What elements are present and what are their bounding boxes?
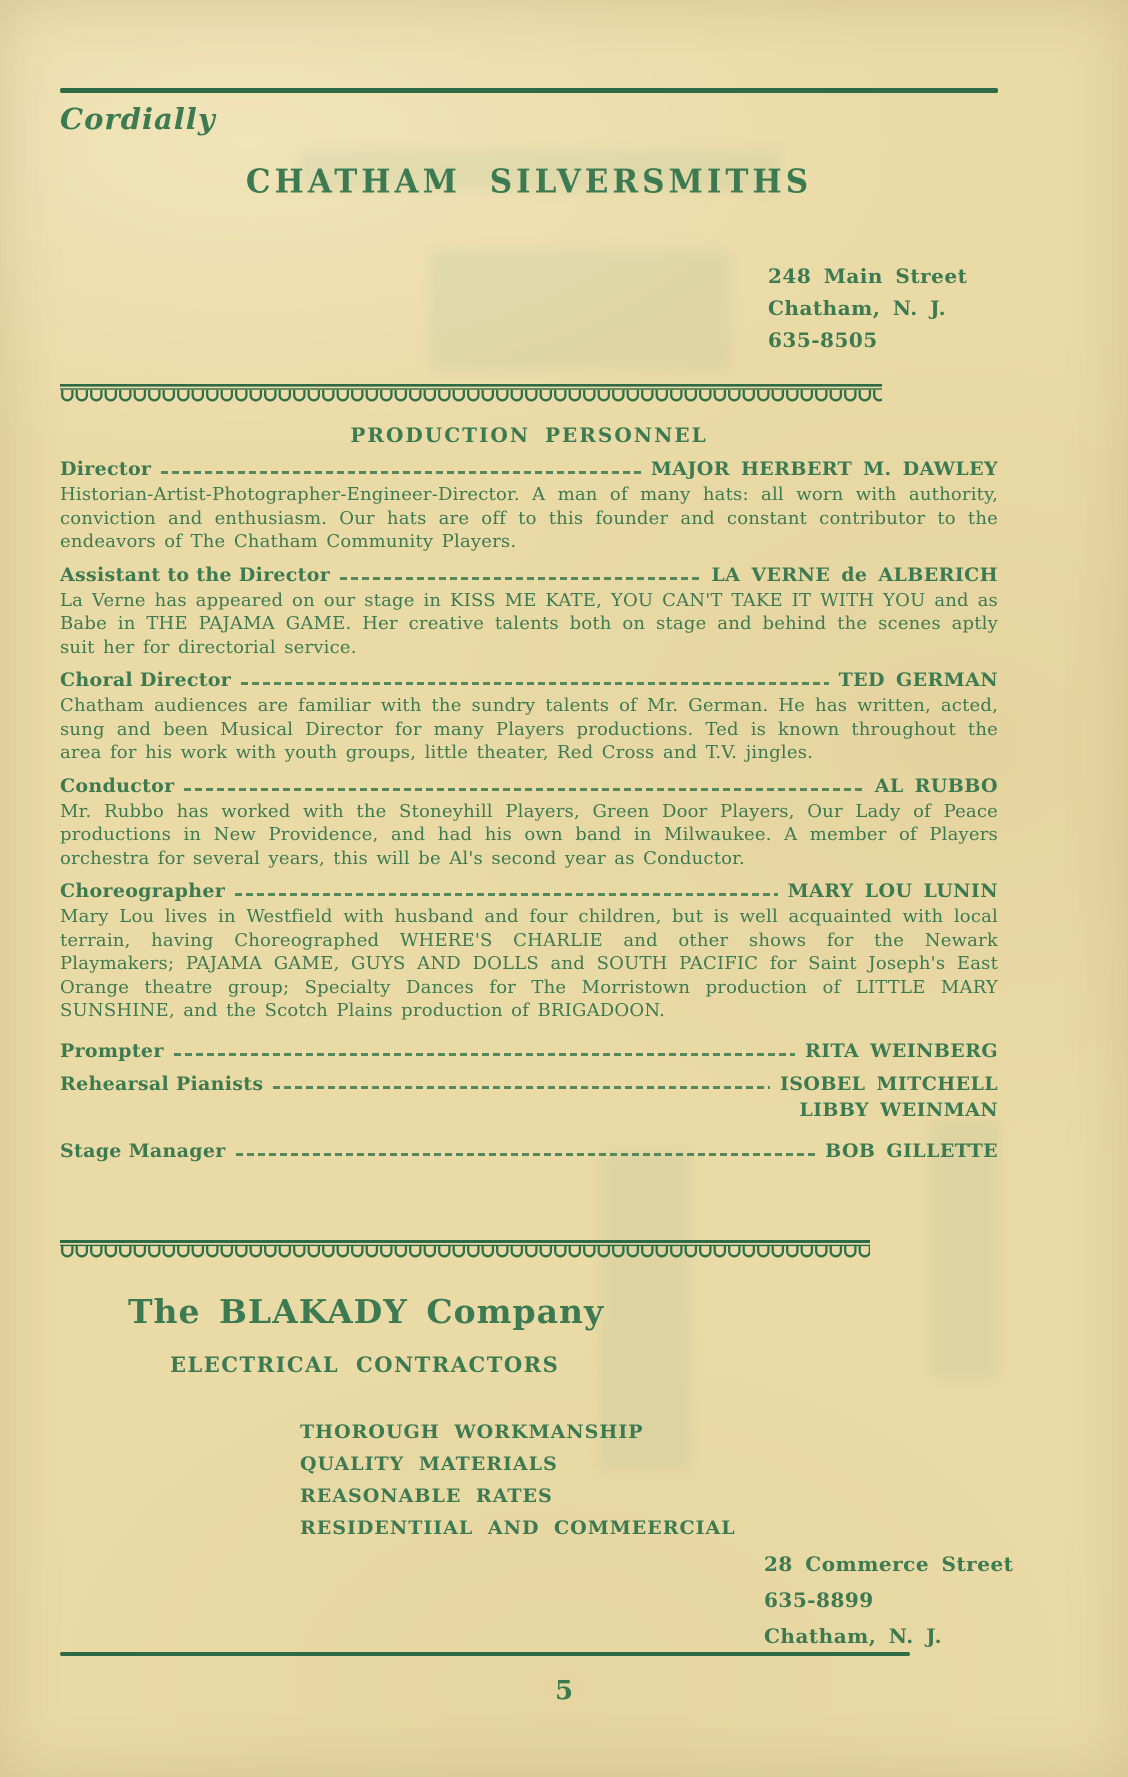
personnel-name: BOB GILLETTE — [825, 1138, 998, 1164]
personnel-entry: Choral Director TED GERMAN Chatham audie… — [60, 667, 998, 765]
advertiser2-address: 28 Commerce Street 635-8899 Chatham, N. … — [764, 1546, 1013, 1654]
section-heading: PRODUCTION PERSONNEL — [60, 423, 998, 447]
advertiser1-address: 248 Main Street Chatham, N. J. 635-8505 — [768, 260, 967, 356]
personnel-role: Choral Director — [60, 667, 231, 693]
personnel-role-row: Rehearsal Pianists ISOBEL MITCHELL LIBBY… — [60, 1071, 998, 1123]
address-line: 635-8899 — [764, 1582, 1013, 1618]
address-line: Chatham, N. J. — [768, 292, 967, 324]
personnel-bio: Chatham audiences are familiar with the … — [60, 694, 998, 765]
dotted-leader — [273, 1086, 770, 1089]
personnel-role: Prompter — [60, 1038, 164, 1064]
personnel-role-row: Director MAJOR HERBERT M. DAWLEY — [60, 456, 998, 482]
dotted-leader — [241, 682, 829, 685]
advertiser2-services: THOROUGH WORKMANSHIP QUALITY MATERIALS R… — [300, 1416, 736, 1544]
dotted-leader — [184, 788, 864, 791]
dotted-leader — [340, 577, 701, 580]
page-number: 5 — [0, 1676, 1128, 1706]
personnel-bio: Mary Lou lives in Westfield with husband… — [60, 905, 998, 1023]
top-rule — [60, 88, 998, 93]
personnel-bio: Mr. Rubbo has worked with the Stoneyhill… — [60, 800, 998, 871]
personnel-role-row: Choreographer MARY LOU LUNIN — [60, 878, 998, 904]
cordially-note: Cordially — [60, 102, 216, 136]
personnel-name: ISOBEL MITCHELL LIBBY WEINMAN — [780, 1071, 998, 1123]
personnel-list: Director MAJOR HERBERT M. DAWLEY Histori… — [60, 456, 998, 1171]
address-line: 28 Commerce Street — [764, 1546, 1013, 1582]
address-line: 248 Main Street — [768, 260, 967, 292]
scallop-border — [60, 1240, 870, 1262]
personnel-name: TED GERMAN — [839, 667, 998, 693]
bottom-rule — [60, 1652, 910, 1656]
personnel-name-line: ISOBEL MITCHELL — [780, 1071, 998, 1097]
personnel-role-row: Prompter RITA WEINBERG — [60, 1038, 998, 1064]
personnel-role: Stage Manager — [60, 1138, 226, 1164]
dotted-leader — [174, 1053, 795, 1056]
personnel-role-row: Choral Director TED GERMAN — [60, 667, 998, 693]
personnel-role-row: Assistant to the Director LA VERNE de AL… — [60, 562, 998, 588]
personnel-role-row: Conductor AL RUBBO — [60, 773, 998, 799]
service-line: QUALITY MATERIALS — [300, 1448, 736, 1480]
dotted-leader — [161, 471, 641, 474]
personnel-entry: Assistant to the Director LA VERNE de AL… — [60, 562, 998, 660]
service-line: THOROUGH WORKMANSHIP — [300, 1416, 736, 1448]
personnel-name-line: LIBBY WEINMAN — [780, 1097, 998, 1123]
personnel-entry: Stage Manager BOB GILLETTE — [60, 1138, 998, 1164]
service-line: RESIDENTIIAL AND COMMEERCIAL — [300, 1512, 736, 1544]
service-line: REASONABLE RATES — [300, 1480, 736, 1512]
personnel-name: AL RUBBO — [875, 773, 998, 799]
personnel-name: MAJOR HERBERT M. DAWLEY — [651, 456, 998, 482]
personnel-entry: Choreographer MARY LOU LUNIN Mary Lou li… — [60, 878, 998, 1023]
personnel-name: LA VERNE de ALBERICH — [711, 562, 998, 588]
advertiser2-subtitle: ELECTRICAL CONTRACTORS — [170, 1352, 559, 1377]
personnel-role: Director — [60, 456, 151, 482]
personnel-bio: Historian-Artist-Photographer-Engineer-D… — [60, 483, 998, 554]
personnel-role: Assistant to the Director — [60, 562, 330, 588]
address-line: 635-8505 — [768, 324, 967, 356]
personnel-role: Rehearsal Pianists — [60, 1071, 263, 1097]
advertiser1-name: CHATHAM SILVERSMITHS — [60, 163, 998, 201]
personnel-name: RITA WEINBERG — [805, 1038, 998, 1064]
dotted-leader — [235, 893, 778, 896]
personnel-entry: Director MAJOR HERBERT M. DAWLEY Histori… — [60, 456, 998, 554]
personnel-role: Choreographer — [60, 878, 225, 904]
ink-bleed-ghost — [430, 250, 730, 370]
address-line: Chatham, N. J. — [764, 1618, 1013, 1654]
personnel-role: Conductor — [60, 773, 174, 799]
personnel-entry: Rehearsal Pianists ISOBEL MITCHELL LIBBY… — [60, 1071, 998, 1123]
personnel-bio: La Verne has appeared on our stage in KI… — [60, 589, 998, 660]
personnel-entry: Prompter RITA WEINBERG — [60, 1038, 998, 1064]
scallop-border — [60, 384, 882, 406]
personnel-name: MARY LOU LUNIN — [788, 878, 998, 904]
advertiser2-name: The BLAKADY Company — [128, 1292, 604, 1331]
personnel-role-row: Stage Manager BOB GILLETTE — [60, 1138, 998, 1164]
program-page: Cordially CHATHAM SILVERSMITHS 248 Main … — [0, 0, 1128, 1777]
personnel-entry: Conductor AL RUBBO Mr. Rubbo has worked … — [60, 773, 998, 871]
dotted-leader — [236, 1153, 816, 1156]
